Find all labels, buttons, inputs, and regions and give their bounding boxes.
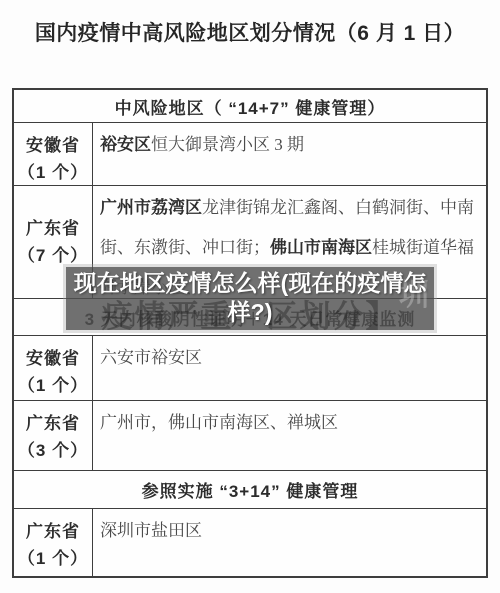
region-detail-cell: 深圳市盐田区 [93,509,486,576]
province-name: 广东省 [26,215,80,242]
region-detail-text: 广州市，佛山市南海区、禅城区 [100,413,338,432]
province-count: （1 个） [18,159,88,186]
province-cell: 广东省 （1 个） [14,509,93,576]
province-count: （1 个） [18,372,88,399]
province-cell: 安徽省 （1 个） [14,123,93,185]
table-row: 广东省 （3 个） 广州市，佛山市南海区、禅城区 [14,400,486,470]
region-detail-text: 六安市裕安区 [100,348,202,367]
district-name: 广州市荔湾区 [100,198,202,217]
screenshot-page: 国内疫情中高风险地区划分情况（6 月 1 日） 中风险地区（ “14+7” 健康… [0,0,500,593]
overlay-caption-line1: 现在地区疫情怎么样(现在的疫情怎 [66,269,434,298]
region-detail-text: 深圳市盐田区 [100,521,202,540]
province-count: （7 个） [18,242,88,269]
province-count: （1 个） [18,545,88,572]
province-name: 广东省 [26,410,80,437]
province-cell: 安徽省 （1 个） [14,336,93,400]
table-row: 广东省 （1 个） 深圳市盐田区 [14,508,486,576]
section-header-medium-risk: 中风险地区（ “14+7” 健康管理） [14,90,486,122]
section-header-label: 中风险地区（ “14+7” 健康管理） [115,94,386,119]
table-row: 安徽省 （1 个） 裕安区恒大御景湾小区 3 期 [14,122,486,185]
page-title: 国内疫情中高风险地区划分情况（6 月 1 日） [0,17,500,47]
region-detail-cell: 裕安区恒大御景湾小区 3 期 [93,123,486,185]
province-cell: 广东省 （3 个） [14,401,93,470]
caption-overlay: 圳 疫情严重 区划分】 现在地区疫情怎么样(现在的疫情怎 样?) [66,267,434,330]
overlay-caption: 现在地区疫情怎么样(现在的疫情怎 样?) [66,267,434,327]
district-name: 佛山市南海区 [270,238,372,257]
region-detail-cell: 六安市裕安区 [93,336,486,400]
province-name: 安徽省 [26,132,80,159]
section-header-label: 参照实施 “3+14” 健康管理 [142,477,359,502]
region-detail-cell: 广州市，佛山市南海区、禅城区 [93,401,486,470]
province-name: 安徽省 [26,345,80,372]
district-name: 裕安区 [100,135,151,154]
province-count: （3 个） [18,437,88,464]
region-detail-text: 恒大御景湾小区 3 期 [151,135,304,154]
overlay-caption-line2: 样?) [66,298,434,327]
province-name: 广东省 [26,518,80,545]
section-header-reference-3-14: 参照实施 “3+14” 健康管理 [14,470,486,508]
table-row: 安徽省 （1 个） 六安市裕安区 [14,335,486,400]
